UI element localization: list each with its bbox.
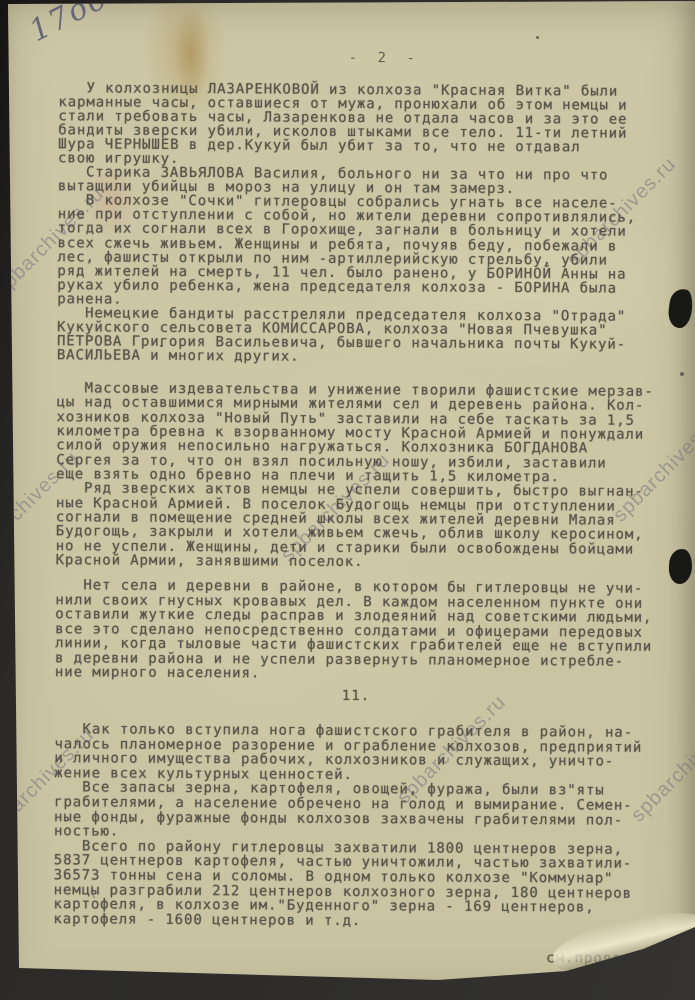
ink-speck bbox=[536, 36, 539, 39]
typed-paragraph-summary: Нет села и деревни в районе, в котором б… bbox=[55, 578, 653, 683]
section-number: 11. bbox=[342, 688, 370, 704]
paper-sheet: spbarchives.ru spbarchives.ru spbarchive… bbox=[0, 0, 695, 1000]
typed-paragraph-atrocities: У колхозницы ЛАЗАРЕНКОВОЙ из колхоза "Кр… bbox=[57, 81, 637, 365]
typed-paragraph-abuse: Массовые издевательства и унижение твори… bbox=[56, 381, 654, 571]
typed-text-layer: - 2 - У колхозницы ЛАЗАРЕНКОВОЙ из колхо… bbox=[0, 0, 695, 1000]
ink-speck bbox=[680, 372, 684, 376]
page-number: - 2 - bbox=[349, 50, 421, 66]
ink-speck bbox=[160, 345, 163, 347]
scanned-archival-page: spbarchives.ru spbarchives.ru spbarchive… bbox=[0, 0, 695, 1000]
typed-paragraph-looting: Как только вступила нога фашистского гра… bbox=[53, 722, 642, 930]
